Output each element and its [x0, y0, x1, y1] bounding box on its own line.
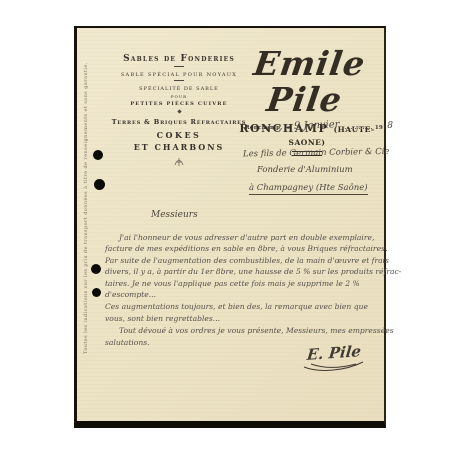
divider	[174, 80, 184, 81]
company-name: Emile Pile	[218, 46, 396, 119]
recipient-name: Les fils de Germain Corbier & Cie	[243, 147, 401, 160]
printed-year: 191	[375, 125, 387, 131]
salutation: Messieurs	[151, 210, 198, 220]
dotted-fill	[342, 122, 372, 129]
margin-note: Toutes les indications sur les prix de t…	[83, 154, 89, 354]
body-line: Tout dévoué à vos ordres je vous présent…	[105, 325, 371, 336]
body-line: vous, sont bien regrettables...	[105, 313, 371, 324]
body-line: taires. Je ne vous l'applique pas cette …	[105, 278, 371, 289]
dateline: Ronchamp, le 9 Janvier 191 8	[245, 120, 393, 131]
body-line: d'escompte...	[105, 289, 371, 300]
dateline-prefix: Ronchamp, le	[245, 125, 291, 131]
letter-paper: Toutes les indications sur les prix de t…	[74, 26, 386, 428]
photo-of-letter: Toutes les indications sur les prix de t…	[0, 0, 458, 458]
body-line: Par suite de l'augmentation des combusti…	[105, 255, 371, 266]
punch-hole	[94, 179, 105, 190]
diamond-divider	[177, 109, 181, 113]
letterhead-ornament-icon	[173, 157, 185, 167]
letterhead-right-block: Emile Pile RONCHAMP (HAUTE-SAONE)	[223, 46, 391, 156]
body-line: J'ai l'honneur de vous adresser d'autre …	[105, 232, 371, 243]
punch-hole	[92, 288, 101, 297]
body-line: divers, il y a, à partir du 1er 8bre, un…	[105, 266, 371, 277]
divider	[174, 66, 184, 67]
recipient-block: Les fils de Germain Corbier & Cie Fonder…	[243, 148, 401, 195]
body-line: facture de mes expéditions en sable en 8…	[105, 243, 371, 254]
letter-body: J'ai l'honneur de vous adresser d'autre …	[105, 232, 371, 348]
handwritten-year-digit: 8	[387, 121, 393, 131]
signature-block: E. Pile	[289, 344, 379, 372]
recipient-company: Fonderie d'Aluminium	[257, 165, 401, 175]
recipient-town: à Champagney (Hte Saône)	[249, 183, 368, 195]
punch-hole	[91, 264, 101, 274]
handwritten-date: 9 Janvier	[294, 119, 340, 132]
body-line: Ces augmentations toujours, et bien des,…	[105, 301, 371, 312]
